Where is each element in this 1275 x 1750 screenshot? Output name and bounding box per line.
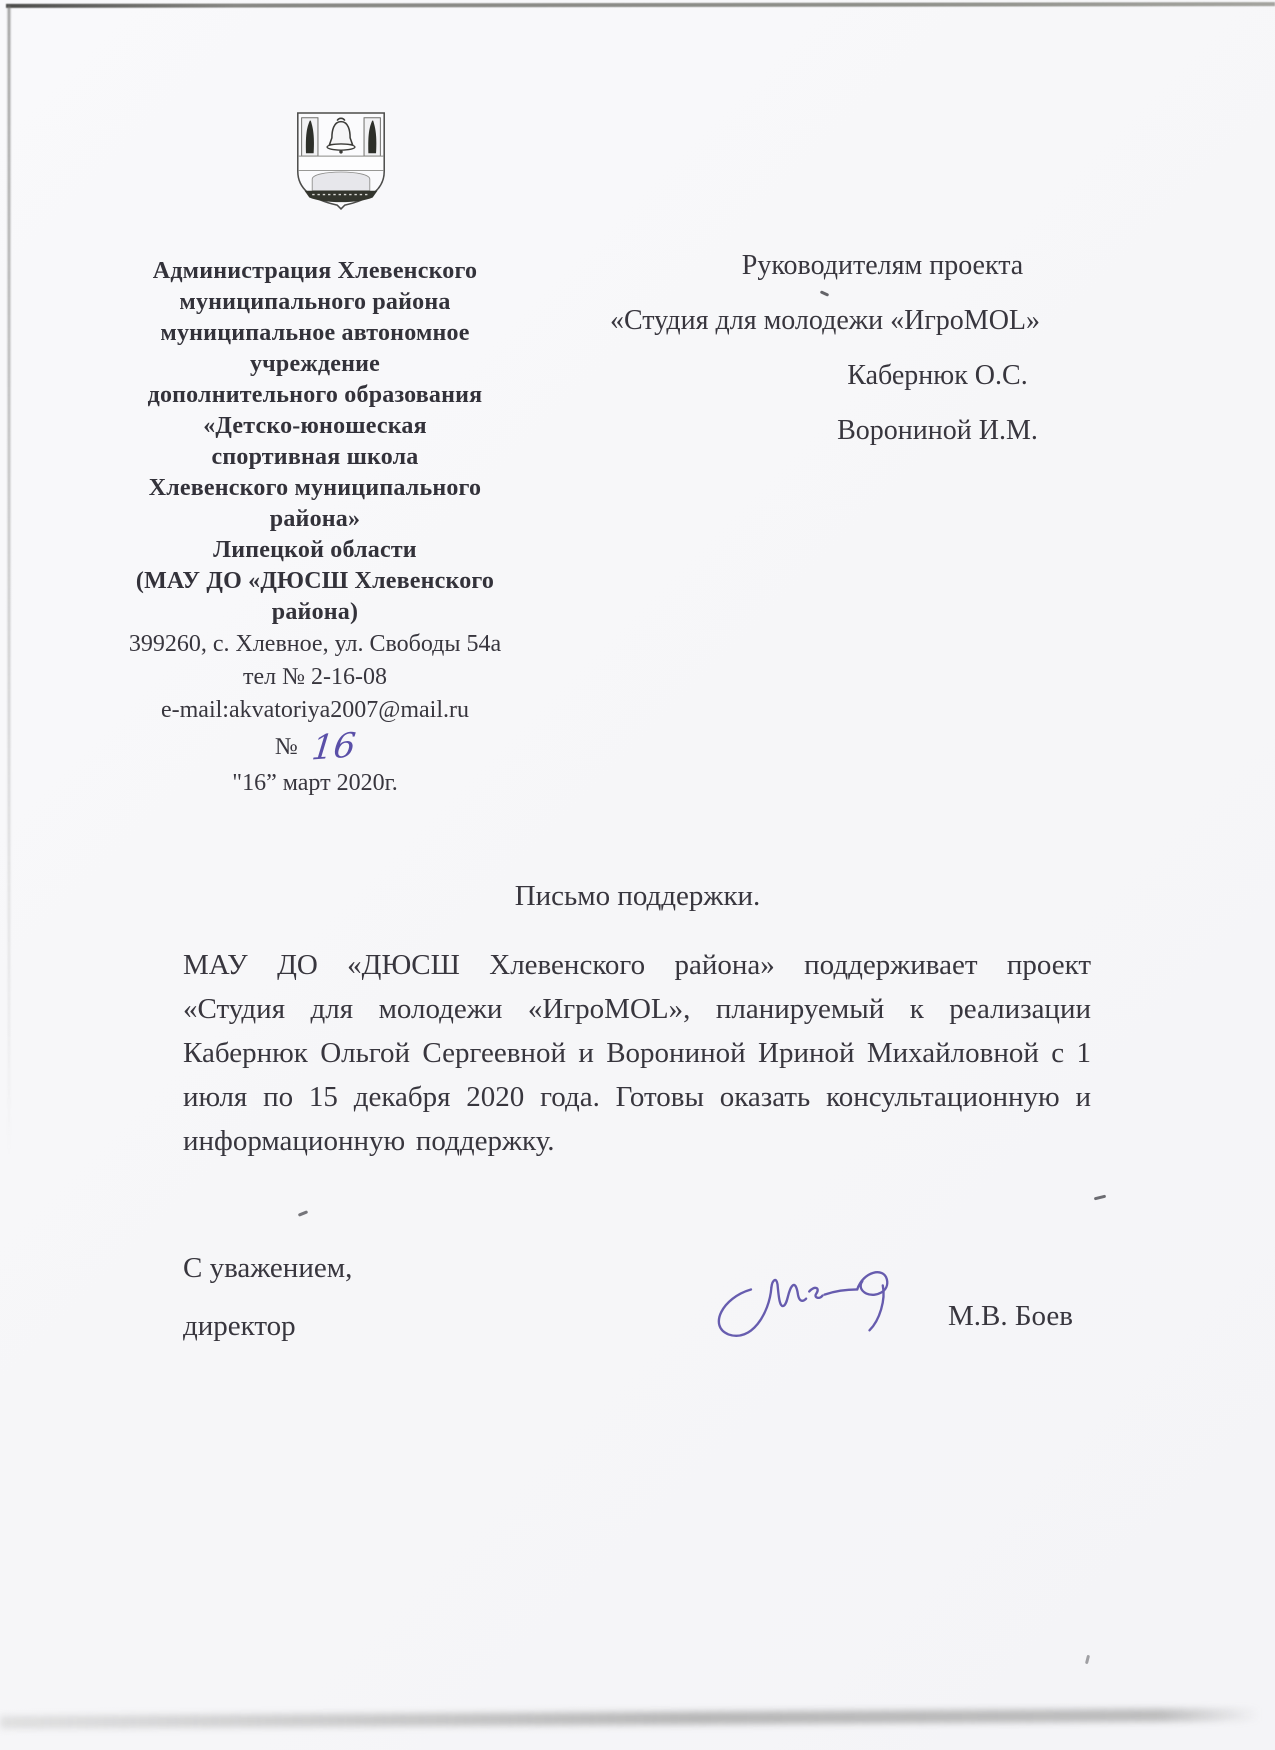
org-line: Хлевенского муниципального района» <box>103 473 527 535</box>
scanned-letter-page: Администрация Хлевенского муниципального… <box>0 0 1275 1750</box>
scan-edge-left <box>8 6 10 1156</box>
signer-name: М.В. Боев <box>948 1300 1073 1333</box>
org-line: Администрация Хлевенского <box>103 256 527 287</box>
letter-date: "16” март 2020г. <box>103 767 527 800</box>
org-phone: тел № 2-16-08 <box>103 661 527 694</box>
recipient-line: Кабернюк О.С. <box>600 360 1050 391</box>
org-email: e-mail:akvatoriya2007@mail.ru <box>103 694 527 727</box>
recipient-block: Руководителям проекта «Студия для молоде… <box>600 250 1050 470</box>
letter-number-handwritten: 16 <box>310 729 357 766</box>
recipient-line: «Студия для молодежи «ИгроMOL» <box>600 305 1050 336</box>
scan-speck <box>298 1210 308 1217</box>
scan-edge-bottom <box>0 1708 1260 1729</box>
org-line: муниципального района <box>103 287 527 318</box>
org-line: «Детско-юношеская <box>103 411 527 442</box>
recipient-line: Ворониной И.М. <box>600 415 1050 446</box>
scan-speck <box>1094 1195 1106 1201</box>
org-line: муниципальное автономное <box>103 318 527 349</box>
recipient-line: Руководителям проекта <box>600 250 1050 281</box>
scan-edge-top <box>6 2 1275 8</box>
coat-of-arms-icon <box>293 110 389 210</box>
letter-body-paragraph: МАУ ДО «ДЮСШ Хлевенского района» поддерж… <box>183 943 1091 1163</box>
handwritten-signature-icon <box>706 1262 941 1366</box>
closing-line: С уважением, <box>183 1252 352 1285</box>
letter-number-label: № <box>275 734 298 760</box>
letter-number-line: №16 <box>103 727 527 767</box>
org-line: дополнительного образования <box>103 380 527 411</box>
org-line: Липецкой области <box>103 535 527 566</box>
org-line: спортивная школа <box>103 442 527 473</box>
org-line: учреждение <box>103 349 527 380</box>
org-address: 399260, с. Хлевное, ул. Свободы 54а <box>103 628 527 661</box>
scan-speck <box>1085 1655 1090 1664</box>
signer-position: директор <box>183 1310 296 1343</box>
org-line: (МАУ ДО «ДЮСШ Хлевенского района) <box>103 566 527 628</box>
letterhead-org-block: Администрация Хлевенского муниципального… <box>103 256 527 800</box>
letter-title: Письмо поддержки. <box>185 880 1090 913</box>
